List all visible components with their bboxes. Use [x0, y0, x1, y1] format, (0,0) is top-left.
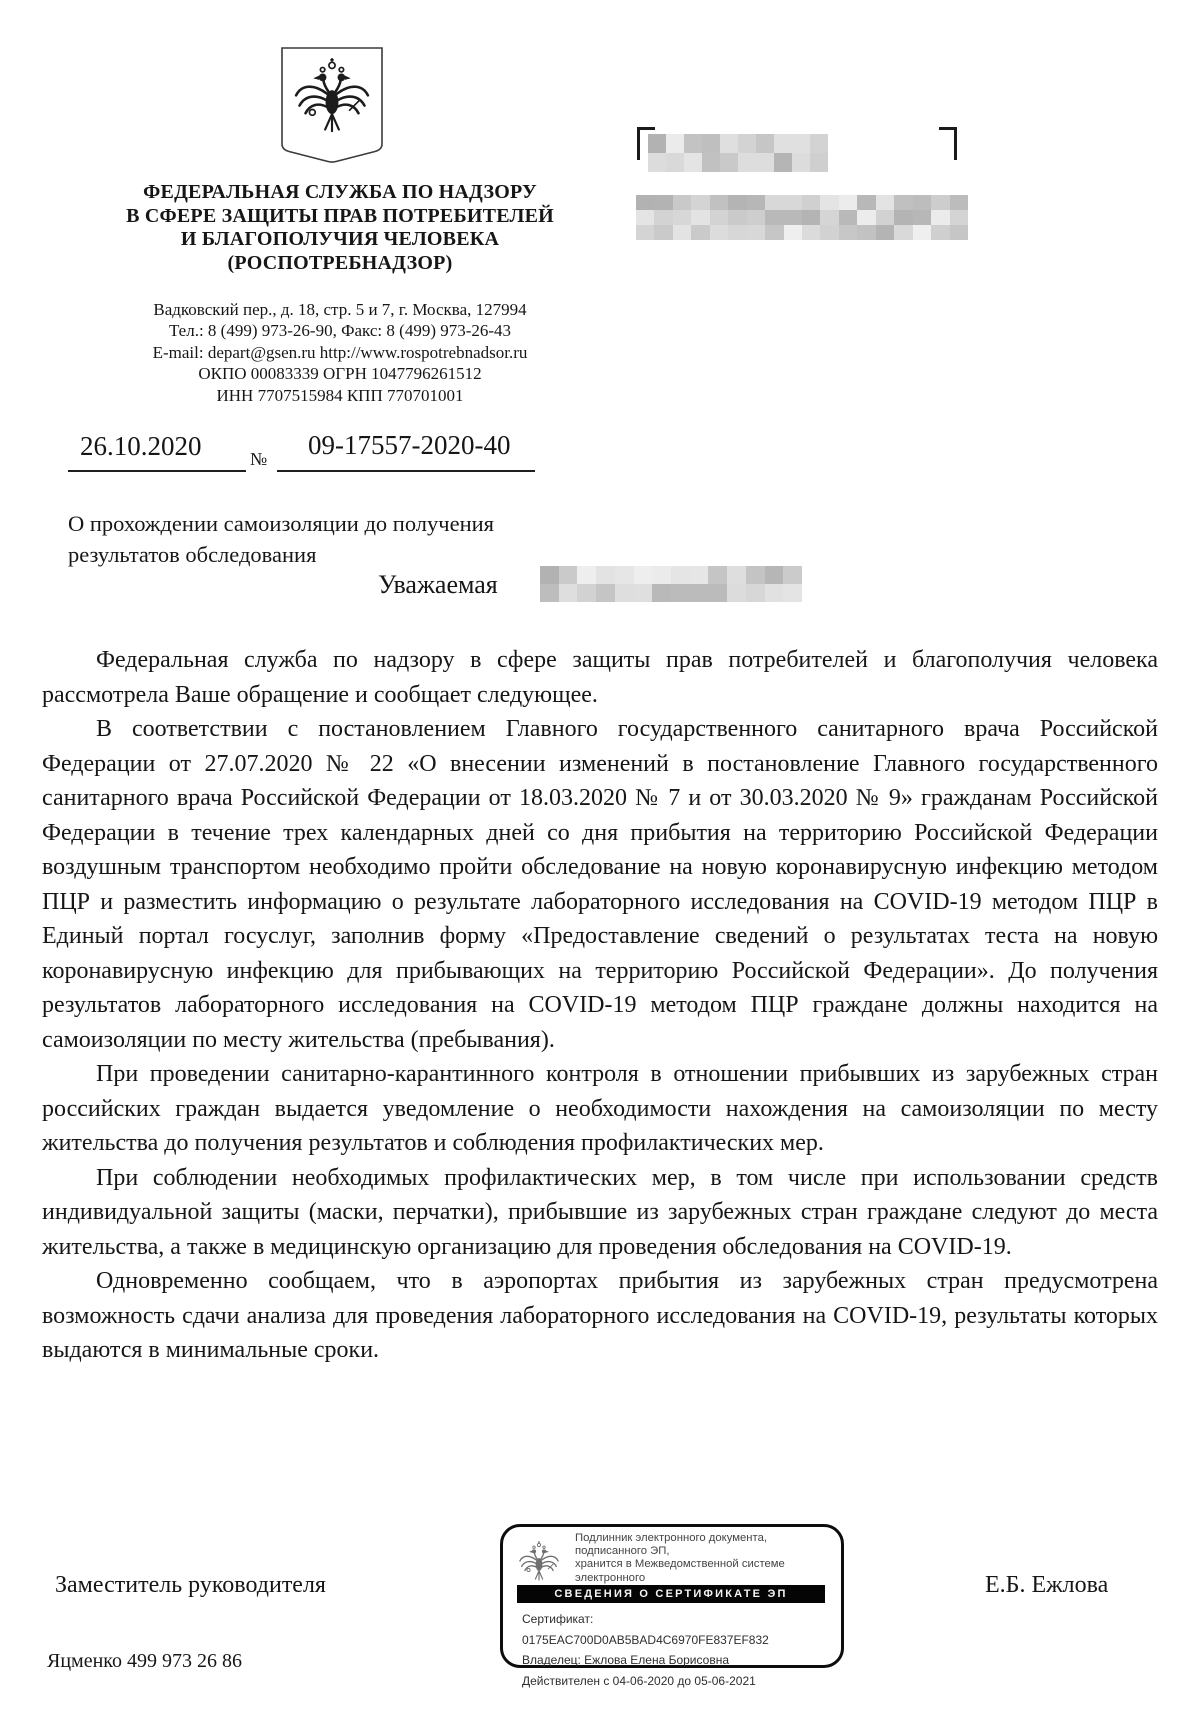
org-name-line: И БЛАГОПОЛУЧИЯ ЧЕЛОВЕКА	[65, 228, 615, 252]
stamp-certificate-bar-title: СВЕДЕНИЯ О СЕРТИФИКАТЕ ЭП	[517, 1585, 825, 1603]
body-paragraph: При соблюдении необходимых профилактичес…	[42, 1161, 1158, 1265]
esign-stamp: Подлинник электронного документа, подпис…	[500, 1524, 844, 1668]
scanned-letter-page: ФЕДЕРАЛЬНАЯ СЛУЖБА ПО НАДЗОРУ В СФЕРЕ ЗА…	[0, 0, 1200, 1726]
stamp-owner: Владелец: Ежлова Елена Борисовна	[522, 1650, 841, 1671]
doc-number-value: 09-17557-2020-40	[308, 430, 510, 461]
address-line: ОКПО 00083339 ОГРН 1047796261512	[65, 363, 615, 384]
letter-body: Федеральная служба по надзору в сфере за…	[42, 643, 1158, 1368]
stamp-auth-line: хранится в Межведомственной системе элек…	[575, 1558, 841, 1584]
body-paragraph: Одновременно сообщаем, что в аэропортах …	[42, 1264, 1158, 1368]
stamp-auth-line: Подлинник электронного документа, подпис…	[575, 1532, 841, 1558]
stamp-certificate-number: Сертификат: 0175EAC700D0AB5BAD4C6970FE83…	[522, 1609, 841, 1650]
body-paragraph: В соответствии с постановлением Главного…	[42, 712, 1158, 1057]
org-name-line: В СФЕРЕ ЗАЩИТЫ ПРАВ ПОТРЕБИТЕЛЕЙ	[65, 205, 615, 229]
redacted-recipient-name	[540, 566, 802, 602]
org-name: ФЕДЕРАЛЬНАЯ СЛУЖБА ПО НАДЗОРУ В СФЕРЕ ЗА…	[65, 181, 615, 275]
corner-mark-right-icon	[939, 127, 957, 160]
address-line: Вадковский пер., д. 18, стр. 5 и 7, г. М…	[65, 299, 615, 320]
rospotrebnadzor-emblem-icon	[516, 1540, 562, 1590]
doc-number-underline	[277, 470, 535, 472]
date-value: 26.10.2020	[80, 431, 202, 462]
address-line: Тел.: 8 (499) 973-26-90, Факс: 8 (499) 9…	[65, 320, 615, 341]
address-line: E-mail: depart@gsen.ru http://www.rospot…	[65, 342, 615, 363]
body-paragraph: Федеральная служба по надзору в сфере за…	[42, 643, 1158, 712]
number-sign-label: №	[250, 449, 267, 470]
stamp-validity: Действителен с 04-06-2020 до 05-06-2021	[522, 1671, 841, 1692]
signer-name: Е.Б. Ежлова	[985, 1572, 1108, 1599]
executor-contact: Яцменко 499 973 26 86	[47, 1650, 242, 1673]
russian-coat-of-arms-icon	[279, 46, 385, 166]
redacted-recipient-line-2	[636, 195, 968, 240]
greeting-label: Уважаемая	[378, 570, 498, 600]
org-name-line: (РОСПОТРЕБНАДЗОР)	[65, 252, 615, 276]
body-paragraph: При проведении санитарно-карантинного ко…	[42, 1057, 1158, 1161]
address-line: ИНН 7707515984 КПП 770701001	[65, 385, 615, 406]
stamp-certificate-details: Сертификат: 0175EAC700D0AB5BAD4C6970FE83…	[522, 1609, 841, 1691]
subject: О прохождении самоизоляции до получения …	[68, 508, 494, 570]
redacted-recipient-line-1	[648, 134, 828, 172]
org-name-line: ФЕДЕРАЛЬНАЯ СЛУЖБА ПО НАДЗОРУ	[65, 181, 615, 205]
subject-line: результатов обследования	[68, 539, 494, 570]
date-underline	[68, 470, 246, 472]
signer-title: Заместитель руководителя	[55, 1572, 326, 1599]
org-address-block: Вадковский пер., д. 18, стр. 5 и 7, г. М…	[65, 299, 615, 406]
subject-line: О прохождении самоизоляции до получения	[68, 508, 494, 539]
